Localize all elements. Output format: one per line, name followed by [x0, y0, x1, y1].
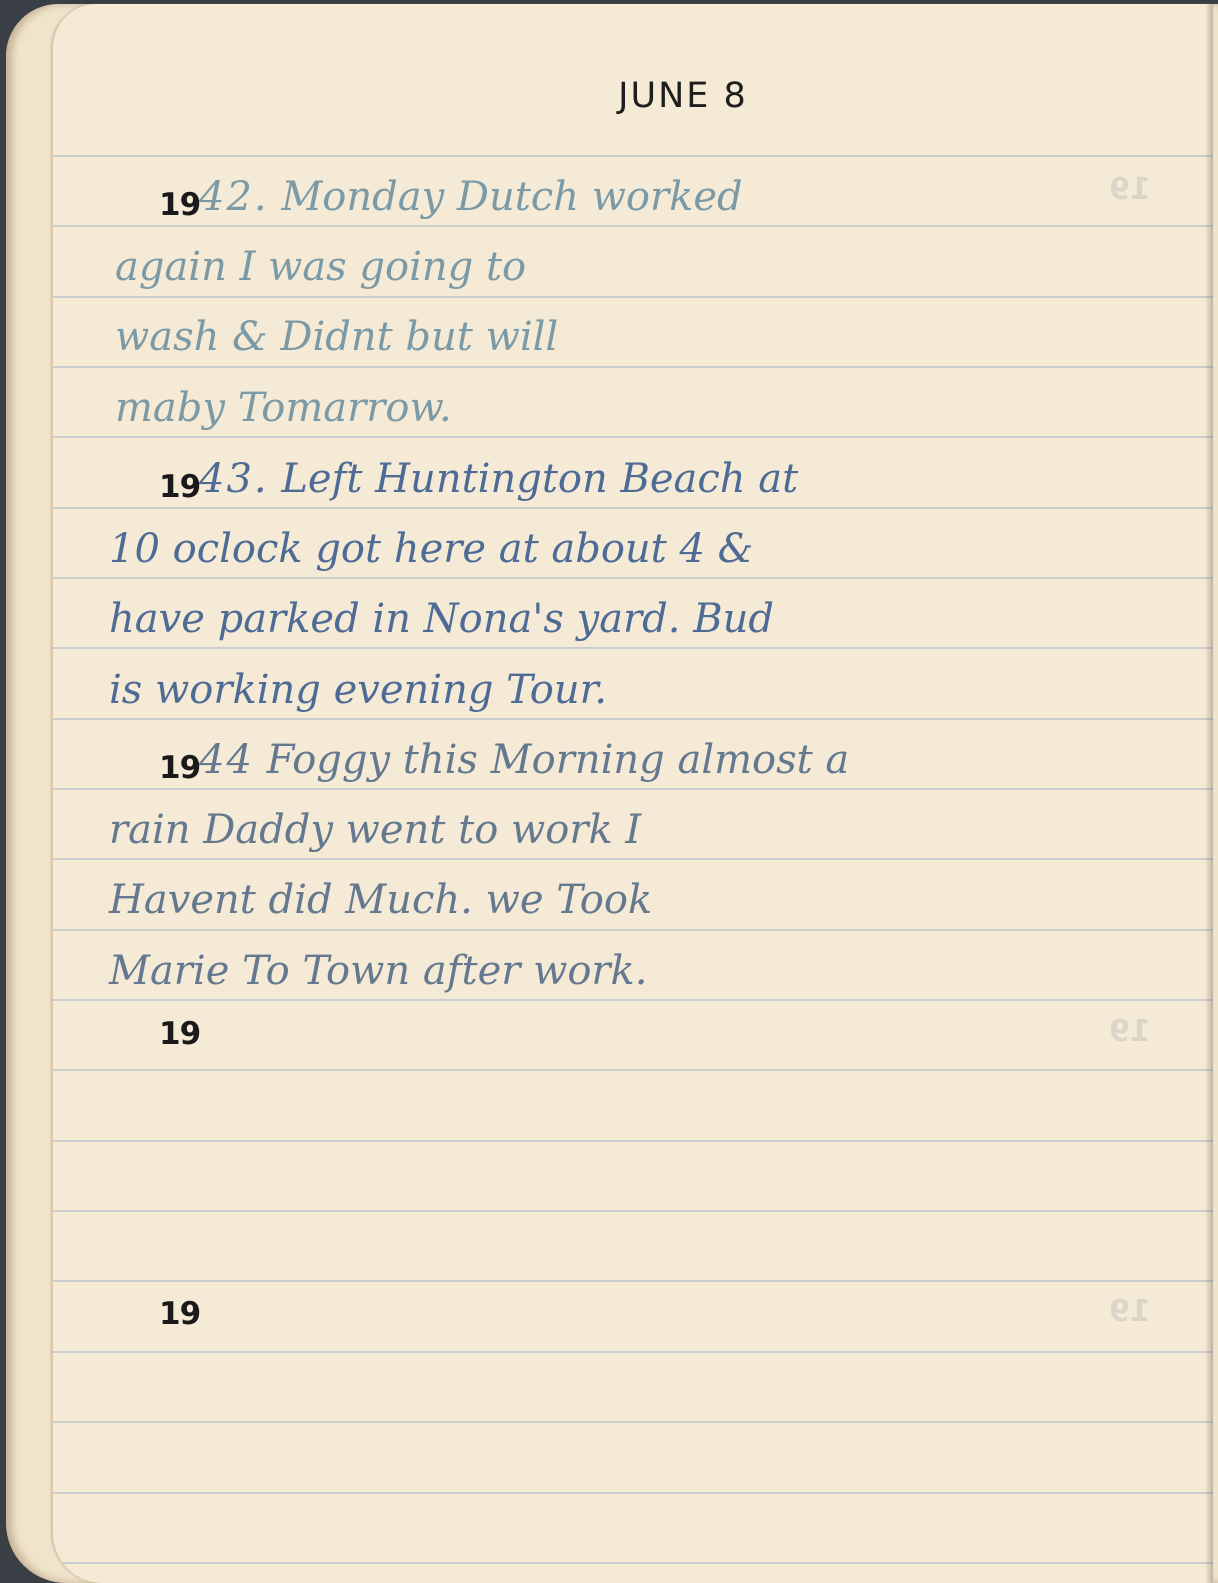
ruled-line	[53, 1421, 1213, 1423]
year-label-empty-2: 19	[159, 1296, 200, 1332]
ruled-line	[53, 155, 1213, 157]
year-label-1944: 19	[159, 750, 200, 786]
ghost-year-showthrough: 19	[1109, 1294, 1151, 1329]
ruled-line	[53, 1069, 1213, 1071]
year-handwritten: 42.	[199, 174, 269, 220]
ghost-year-showthrough: 19	[1109, 1014, 1151, 1049]
ruled-line	[53, 1140, 1213, 1142]
year-printed: 19	[159, 469, 200, 505]
diary-entry-1944: 44 Foggy this Morning almost a	[199, 725, 1213, 795]
entry-text: Monday Dutch worked	[281, 174, 742, 220]
diary-page: 19 19 19 JUNE 8 19 42. Monday Dutch work…	[52, 4, 1213, 1583]
year-label-empty-1: 19	[159, 1016, 200, 1052]
ruled-line	[53, 1492, 1213, 1494]
year-printed: 19	[159, 187, 200, 223]
entry-line: Marie To Town after work.	[109, 936, 1169, 1006]
entry-line: 44 Foggy this Morning almost a	[199, 725, 1213, 795]
diary-entry-1942-cont: again I was going to wash & Didnt but wi…	[115, 232, 1175, 443]
year-label-1943: 19	[159, 469, 200, 505]
ruled-line	[53, 1351, 1213, 1353]
year-printed: 19	[159, 1016, 200, 1052]
diary-entry-1942: 42. Monday Dutch worked	[199, 162, 1213, 232]
diary-entry-1943: 43. Left Huntington Beach at	[199, 444, 1213, 514]
entry-line: 10 oclock got here at about 4 &	[109, 514, 1169, 584]
entry-line: maby Tomarrow.	[115, 373, 1175, 443]
entry-text: Left Huntington Beach at	[281, 456, 798, 502]
entry-line: 42. Monday Dutch worked	[199, 162, 1213, 232]
entry-line: is working evening Tour.	[109, 655, 1169, 725]
ruled-line	[53, 1280, 1213, 1282]
ruled-line	[53, 1210, 1213, 1212]
entry-line: wash & Didnt but will	[115, 302, 1175, 372]
entry-line: 43. Left Huntington Beach at	[199, 444, 1213, 514]
page-title-date: JUNE 8	[103, 76, 1213, 116]
ruled-line	[53, 1562, 1213, 1564]
year-handwritten: 43.	[199, 456, 269, 502]
year-label-1942: 19	[159, 187, 200, 223]
diary-entry-1944-cont: rain Daddy went to work I Havent did Muc…	[109, 795, 1169, 1006]
diary-entry-1943-cont: 10 oclock got here at about 4 & have par…	[109, 514, 1169, 725]
year-printed: 19	[159, 1296, 200, 1332]
year-handwritten: 44	[199, 737, 254, 783]
entry-line: rain Daddy went to work I	[109, 795, 1169, 865]
entry-line: Havent did Much. we Took	[109, 865, 1169, 935]
entry-line: have parked in Nona's yard. Bud	[109, 584, 1169, 654]
entry-text: Foggy this Morning almost a	[267, 737, 850, 783]
entry-line: again I was going to	[115, 232, 1175, 302]
year-printed: 19	[159, 750, 200, 786]
